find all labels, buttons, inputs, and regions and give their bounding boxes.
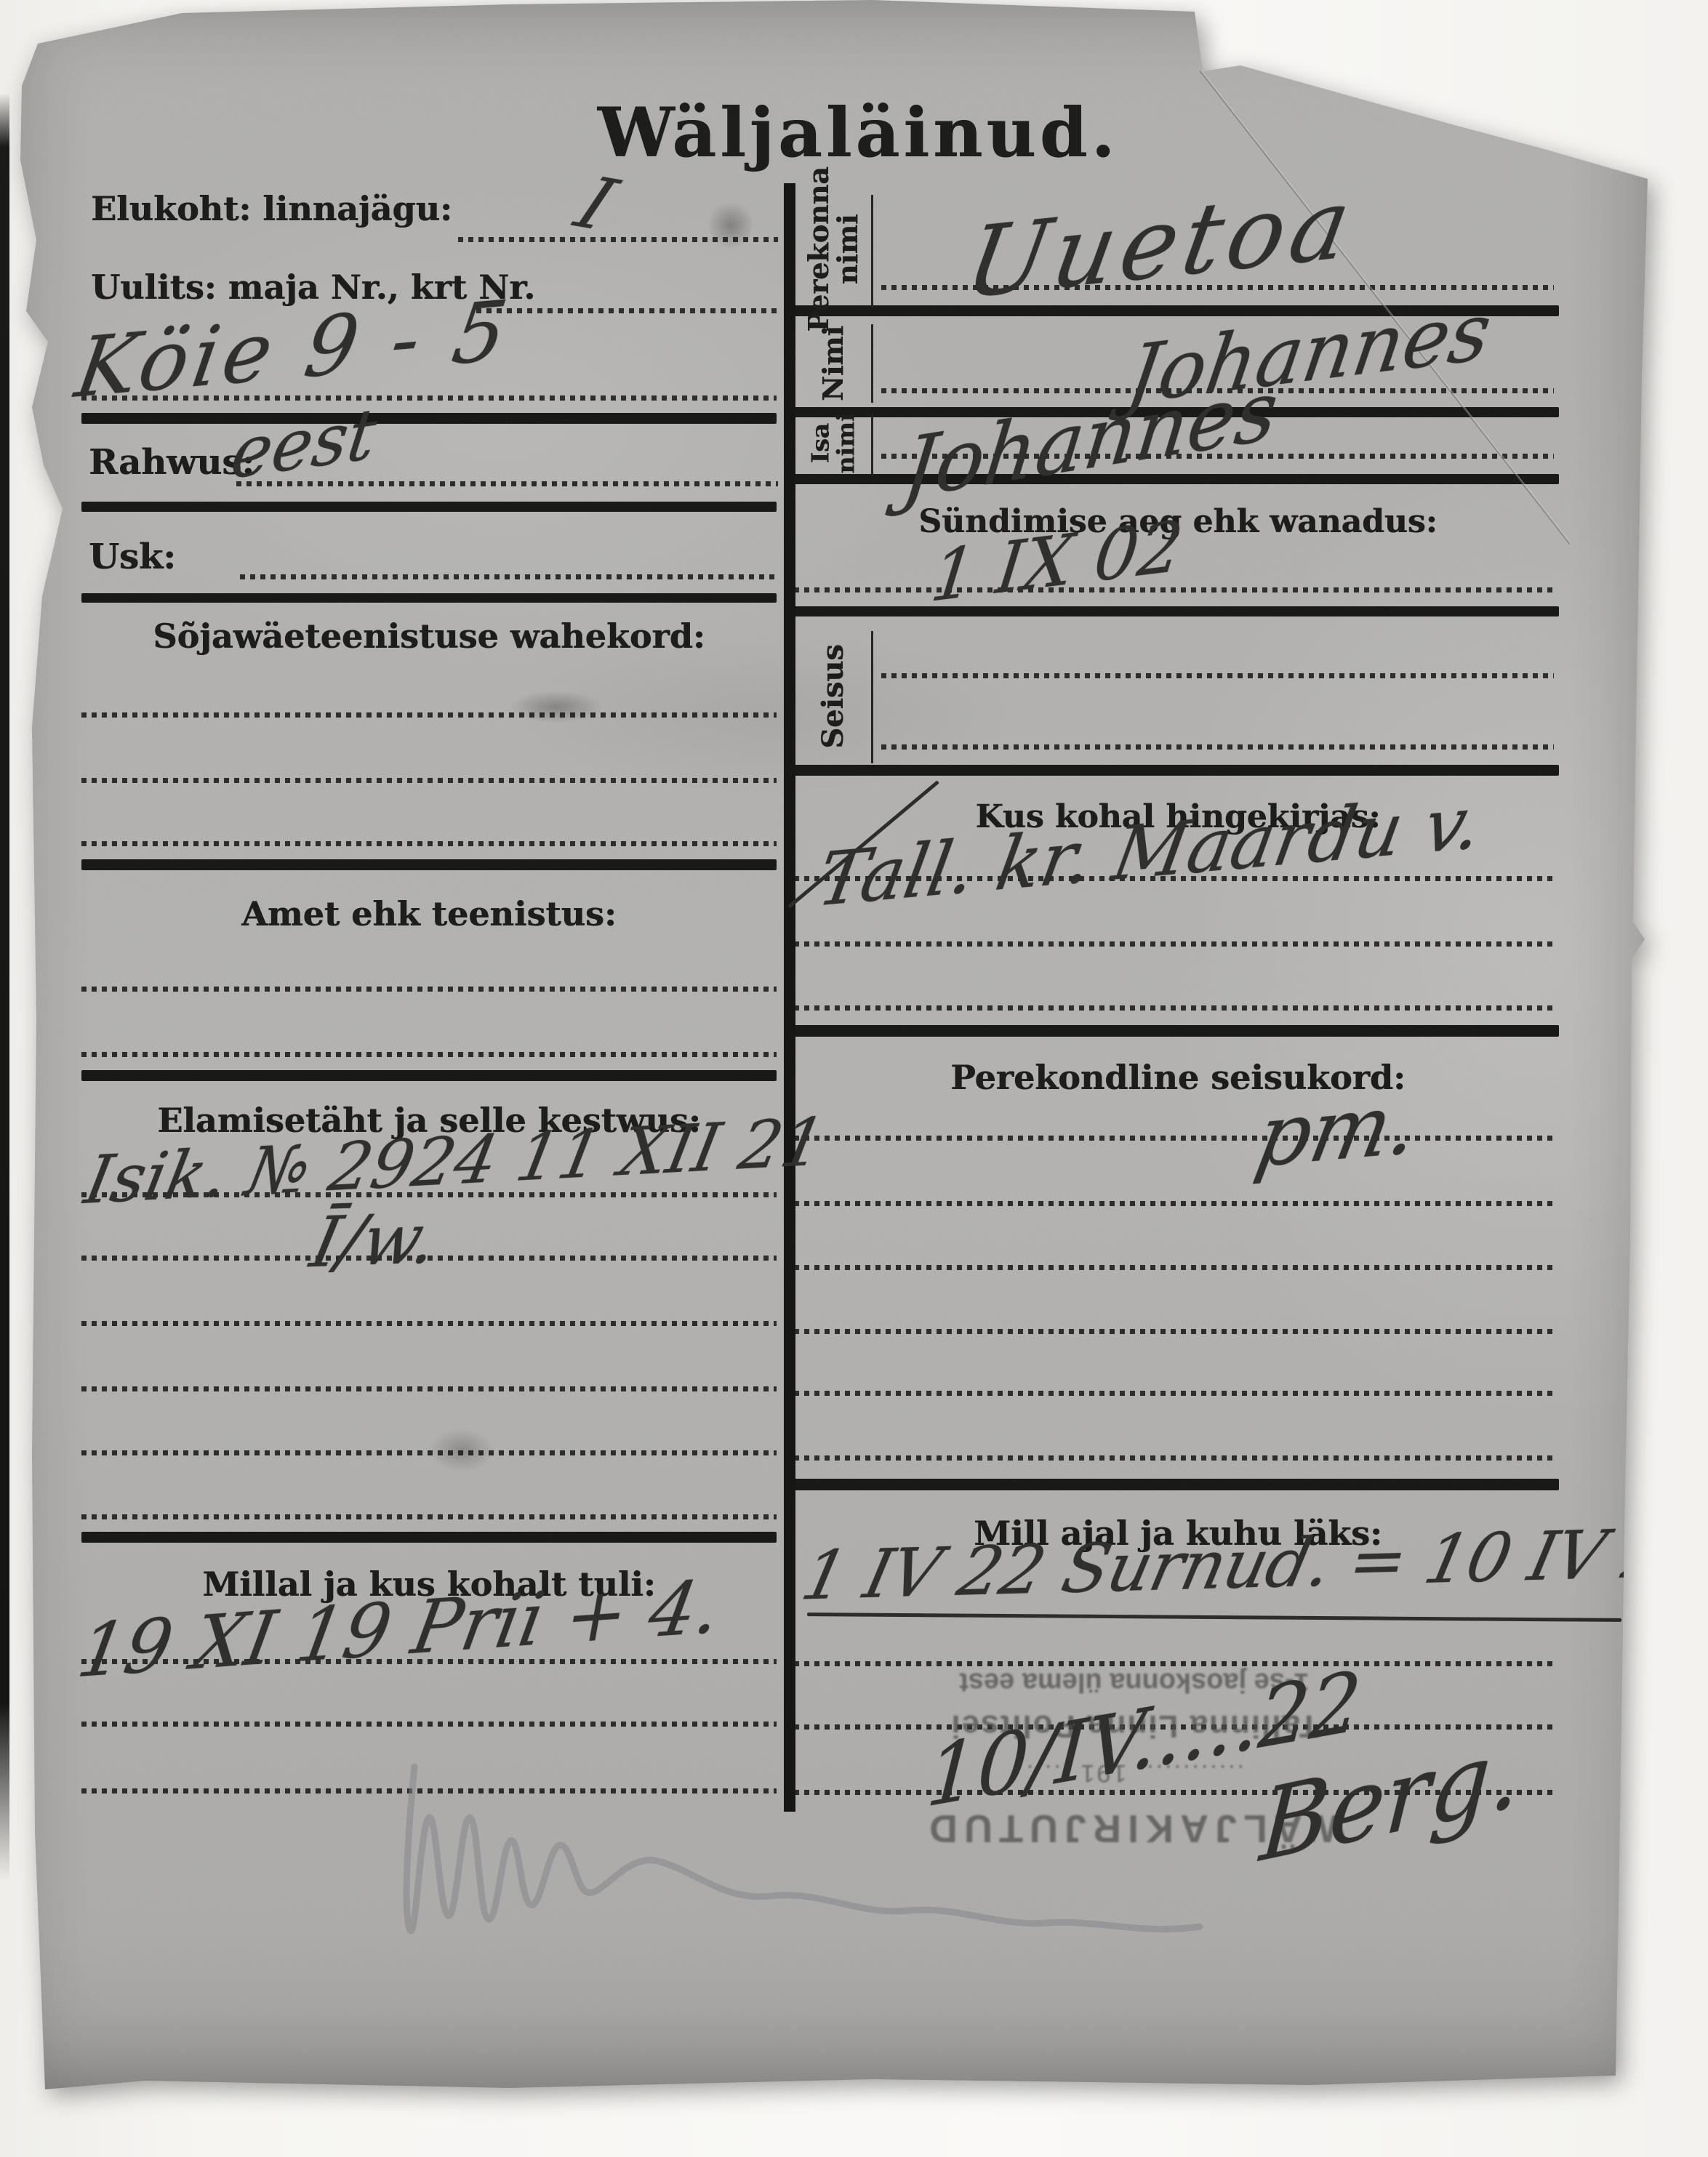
handwriting-residence-district: I: [564, 161, 628, 246]
field-label-father-name: Isa nimi: [808, 413, 858, 474]
section-rule: [81, 1070, 777, 1081]
dotted-line: [794, 1201, 1556, 1206]
dotted-line: [81, 1450, 777, 1455]
heading-military-service: Sõjawäeteenistuse wahekord:: [81, 616, 777, 656]
dotted-line: [794, 1391, 1556, 1396]
dotted-line: [81, 712, 777, 718]
section-rule: [790, 1025, 1559, 1037]
hand-underline: [807, 1612, 1621, 1622]
section-rule: [81, 593, 777, 603]
scanned-card: Wäljaläinud. Elukoht: linnajägu: I Uulit…: [0, 0, 1665, 2101]
field-label-surname: Perekonna nimi: [804, 166, 862, 332]
handwriting-family-status: pm.: [1248, 1074, 1427, 1187]
handwriting-nationality: eest: [226, 393, 381, 495]
section-rule: [81, 859, 777, 870]
field-label-residence: Elukoht: linnajägu:: [91, 189, 452, 228]
dotted-line: [794, 587, 1556, 593]
section-rule: [81, 413, 777, 424]
section-rule: [81, 502, 777, 512]
dotted-line: [794, 1661, 1556, 1666]
dotted-line: [881, 744, 1554, 750]
dotted-line: [794, 1329, 1556, 1334]
section-rule: [790, 1479, 1559, 1490]
scanner-edge-bar: [0, 93, 9, 1881]
dotted-line: [81, 841, 777, 846]
heading-occupation: Amet ehk teenistus:: [81, 894, 777, 933]
dotted-line: [458, 237, 778, 242]
section-rule: [790, 765, 1559, 776]
heading-family-status: Perekondline seisukord:: [800, 1058, 1556, 1097]
dotted-line: [81, 778, 777, 783]
dotted-line: [81, 1514, 777, 1519]
dotted-line: [81, 1386, 777, 1391]
section-rule: [790, 606, 1559, 616]
handwriting-permit-note: Ī/w.: [304, 1199, 444, 1284]
dotted-line: [794, 1455, 1556, 1461]
dotted-line: [794, 1136, 1556, 1141]
ink-smudge: [709, 200, 753, 251]
section-rule: [81, 1532, 777, 1543]
dotted-line: [81, 1722, 777, 1727]
dotted-line: [794, 941, 1556, 947]
label-rule: [871, 324, 873, 403]
handwriting-surname: Uuetoa: [958, 166, 1364, 321]
column-divider: [784, 183, 795, 1812]
dotted-line: [794, 1005, 1556, 1011]
dotted-line: [81, 1052, 777, 1057]
field-label-religion: Usk:: [89, 537, 176, 577]
dotted-line: [476, 308, 778, 313]
label-rule: [871, 414, 873, 475]
dotted-line: [794, 1265, 1556, 1270]
dotted-line: [81, 1321, 777, 1326]
page-title: Wäljaläinud.: [502, 93, 1214, 173]
label-rule: [871, 631, 873, 763]
dotted-line: [81, 987, 777, 992]
smudge: [509, 691, 604, 723]
dotted-line: [881, 673, 1554, 678]
field-label-firstname: Nimi: [819, 326, 848, 401]
field-label-status: Seisus: [818, 644, 849, 749]
paper-sheet: Wäljaläinud. Elukoht: linnajägu: I Uulit…: [0, 0, 1665, 2101]
dotted-line: [240, 574, 778, 579]
label-rule: [871, 195, 873, 308]
handwriting-father-name: Johannes: [898, 361, 1283, 518]
